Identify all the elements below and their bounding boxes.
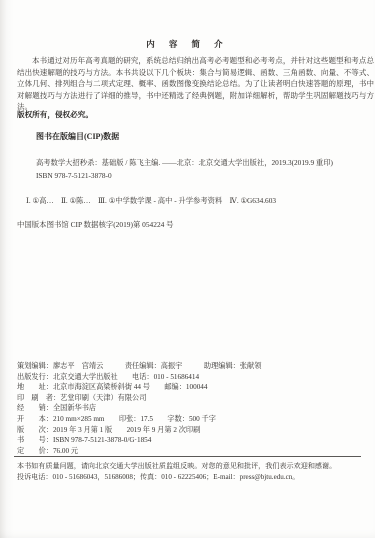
footer-divider <box>14 456 361 457</box>
cip-classification: Ⅰ. ①高… Ⅱ. ①陈… Ⅲ. ①中学数学课 - 高中 - 升学参考资料 Ⅳ.… <box>26 196 375 206</box>
contact-note: 投诉电话：010 - 51686043，51686008；传真：010 - 62… <box>17 472 369 483</box>
cip-header: 图书在版编目(CIP)数据 <box>36 131 119 142</box>
footer-notes: 本书如有质量问题，请向北京交通大学出版社质监组反映。对您的意见和批评，我们表示欢… <box>17 461 369 483</box>
cip-entry: 高考数学大招秒杀：基础版 / 陈飞主编. ——北京：北京交通大学出版社，2019… <box>36 156 375 182</box>
copyright-page: 内 容 简 介 本书通过对历年高考真题的研究，系统总结归纳出高考必考题型和必考考… <box>0 0 375 538</box>
cip-entry-title: 高考数学大招秒杀：基础版 / 陈飞主编. ——北京：北京交通大学出版社，2019… <box>36 156 375 169</box>
quality-note: 本书如有质量问题，请向北京交通大学出版社质监组反映。对您的意见和批评，我们表示欢… <box>17 461 369 472</box>
colophon-row-address: 地 址：北京市海淀区高梁桥斜街 44 号 邮编：100044 <box>17 382 369 393</box>
cip-record-number: 中国版本图书馆 CIP 数据核字(2019)第 054224 号 <box>17 219 366 230</box>
colophon-row-editors: 策划编辑：廖志平 宫靖云 责任编辑：高振宇 助理编辑：张献领 <box>17 361 369 372</box>
colophon-row-price: 定 价：76.00 元 <box>17 446 369 457</box>
intro-paragraph: 本书通过对历年高考真题的研究，系统总结归纳出高考必考题型和必考考点，并针对这些题… <box>17 55 374 113</box>
colophon-row-distributor: 经 销：全国新华书店 <box>17 403 369 414</box>
cip-isbn: ISBN 978-7-5121-3878-0 <box>36 169 375 182</box>
colophon-row-publisher: 出版发行：北京交通大学出版社 电话：010 - 51686414 <box>17 372 369 383</box>
colophon-row-edition: 版 次：2019 年 3 月第 1 版 2019 年 9 月第 2 次印刷 <box>17 425 369 436</box>
copyright-notice: 版权所有，侵权必究。 <box>17 109 93 120</box>
colophon-row-format: 开 本：210 mm×285 mm 印张：17.5 字数：500 千字 <box>17 414 369 425</box>
colophon-row-book-number: 书 号：ISBN 978-7-5121-3878-0/G·1854 <box>17 435 369 446</box>
intro-title: 内 容 简 介 <box>0 38 375 50</box>
colophon-block: 策划编辑：廖志平 宫靖云 责任编辑：高振宇 助理编辑：张献领 出版发行：北京交通… <box>17 361 369 456</box>
colophon-row-printer: 印 刷 者：艺堂印刷（天津）有限公司 <box>17 393 369 404</box>
